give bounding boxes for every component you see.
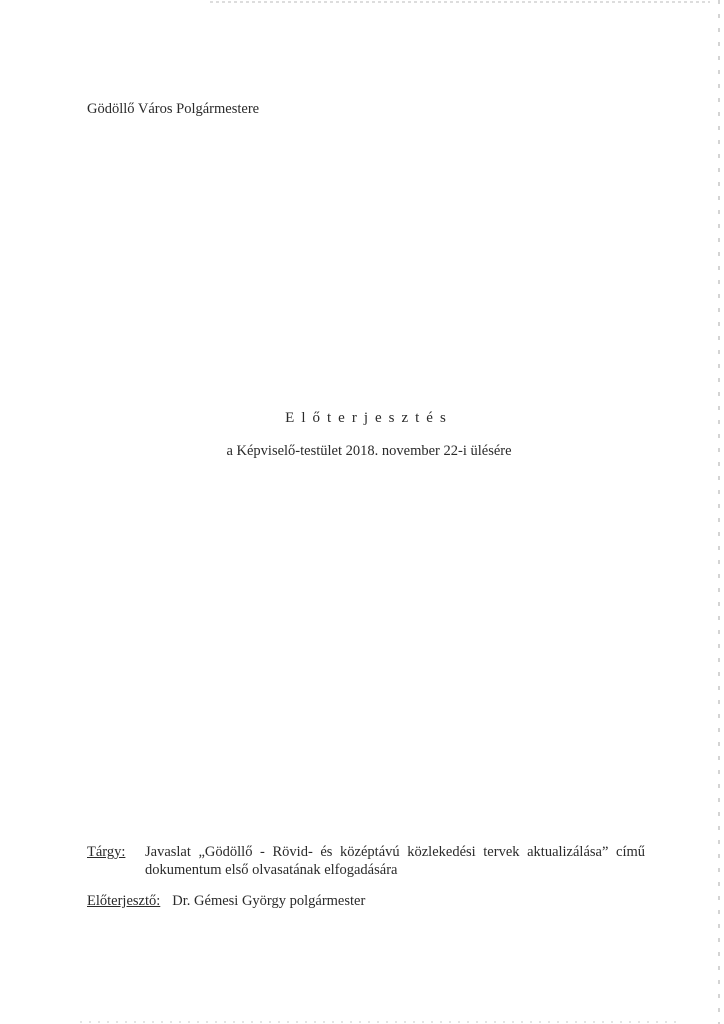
scan-artifact-bottom bbox=[80, 1021, 680, 1023]
document-title: Előterjesztés bbox=[0, 410, 724, 427]
document-page: Gödöllő Város Polgármestere Előterjeszté… bbox=[0, 0, 724, 1024]
presenter-label: Előterjesztő: bbox=[87, 893, 160, 910]
document-subtitle: a Képviselő-testület 2018. november 22-i… bbox=[0, 443, 724, 460]
subject-label: Tárgy: bbox=[87, 843, 145, 879]
presenter-section: Előterjesztő: Dr. Gémesi György polgárme… bbox=[87, 893, 365, 910]
subject-section: Tárgy: Javaslat „Gödöllő - Rövid- és köz… bbox=[87, 843, 645, 879]
presenter-name: Dr. Gémesi György polgármester bbox=[172, 893, 365, 910]
subject-text: Javaslat „Gödöllő - Rövid- és középtávú … bbox=[145, 843, 645, 879]
scan-artifact-right bbox=[718, 0, 720, 1024]
issuer-heading: Gödöllő Város Polgármestere bbox=[87, 101, 259, 118]
scan-artifact-top bbox=[210, 1, 710, 3]
